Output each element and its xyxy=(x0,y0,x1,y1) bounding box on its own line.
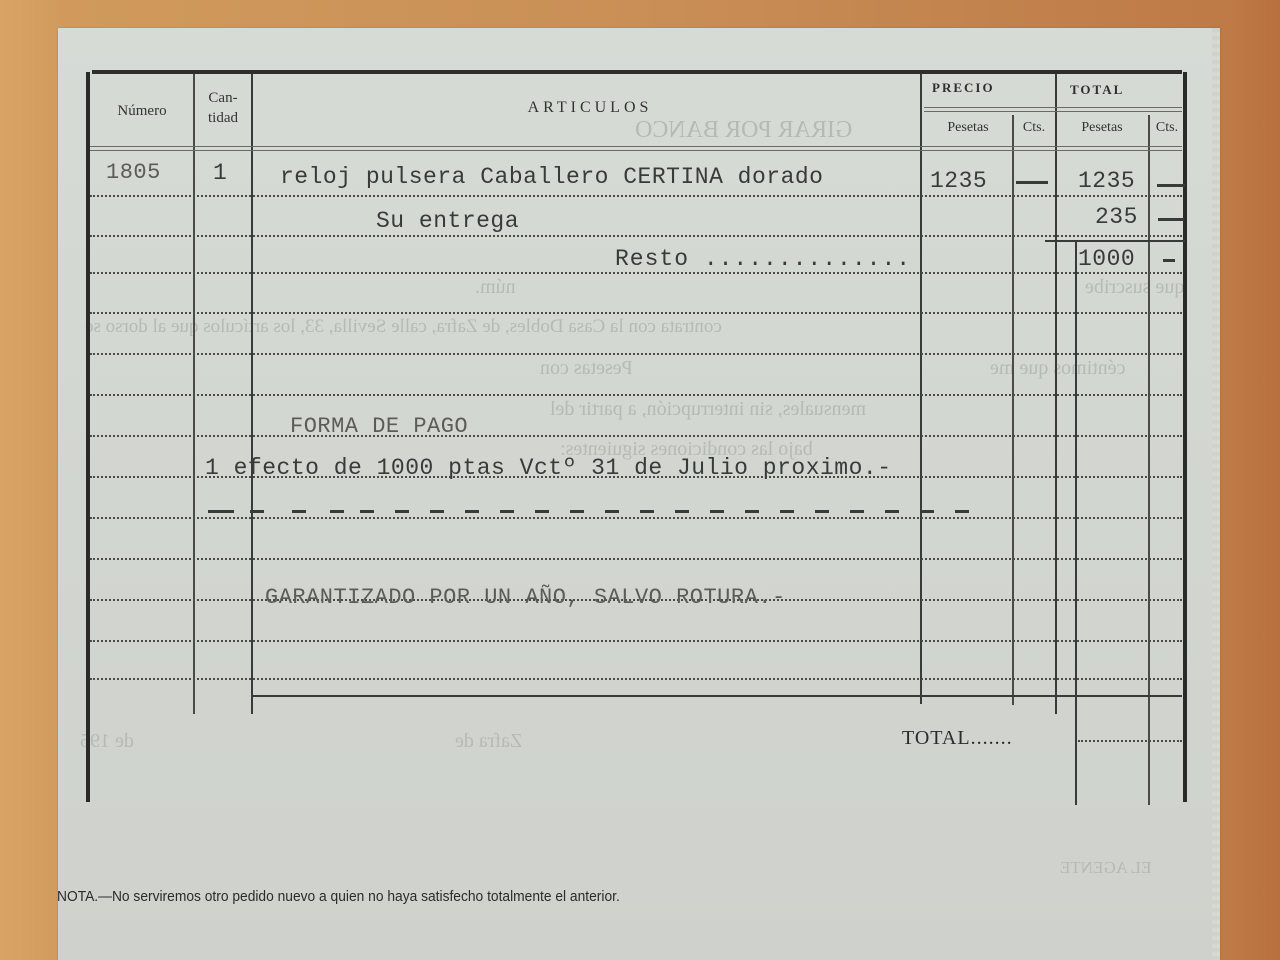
row-cantidad: 1 xyxy=(213,160,227,186)
header-cantidad-1: Can- xyxy=(196,89,250,107)
row-line xyxy=(90,640,1182,642)
row-precio-pesetas: 1235 xyxy=(930,168,987,194)
ghost-el-agente: EL AGENTE xyxy=(1060,858,1151,878)
row-line xyxy=(90,353,1182,355)
ghost-centimos: céntimos que me xyxy=(990,357,1126,380)
row-entrega-cts-dash xyxy=(1158,218,1184,221)
col-divider-total-cts xyxy=(1148,115,1150,805)
header-total: TOTAL xyxy=(1070,82,1124,98)
row-line xyxy=(90,195,1182,197)
guarantee-text: GARANTIZADO POR UN AÑO, SALVO ROTURA.- xyxy=(265,585,786,610)
row-line xyxy=(90,558,1182,560)
ghost-pesetas-con: Pesetas con xyxy=(540,357,633,380)
precio-total-subheader-line xyxy=(924,107,1182,112)
row-numero: 1805 xyxy=(106,160,161,185)
ghost-que-suscribe: que suscribe xyxy=(1085,276,1184,299)
row-line xyxy=(90,272,1182,274)
ghost-contrata: contrata con la Casa Dobles, de Zafra, c… xyxy=(85,316,722,338)
row-line xyxy=(90,517,1182,519)
subtotal-line xyxy=(1045,240,1185,242)
nota-footer: NOTA.—No serviremos otro pedido nuevo a … xyxy=(57,888,620,905)
row-resto-total: 1000 xyxy=(1078,246,1135,272)
header-precio-pesetas: Pesetas xyxy=(926,119,1010,137)
row-line xyxy=(90,235,1182,237)
header-total-cts: Cts. xyxy=(1150,119,1184,137)
row-total-pesetas: 1235 xyxy=(1078,168,1135,194)
row-line xyxy=(90,312,1182,314)
row-entrega-total: 235 xyxy=(1095,204,1138,230)
col-divider-total-left xyxy=(1075,240,1077,805)
table-left-border xyxy=(86,72,90,802)
table-right-border xyxy=(1183,72,1187,802)
ghost-girar: GIRAR POR BANCO xyxy=(635,117,852,144)
row-articulo: reloj pulsera Caballero CERTINA dorado xyxy=(280,164,824,190)
payment-title: FORMA DE PAGO xyxy=(290,414,468,439)
row-precio-cts-dash xyxy=(1016,181,1048,184)
payment-line: 1 efecto de 1000 ptas Vctº 31 de Julio p… xyxy=(205,455,892,481)
row-total-cts-dash xyxy=(1157,184,1185,187)
total-label: TOTAL....... xyxy=(902,727,1013,750)
ghost-mensuales: mensuales, sin interrupción, a partir de… xyxy=(550,398,866,421)
row-su-entrega: Su entrega xyxy=(376,208,519,234)
row-resto: Resto .............. xyxy=(615,246,911,272)
row-line xyxy=(90,394,1182,396)
header-total-pesetas: Pesetas xyxy=(1060,119,1144,137)
col-divider-precio-cts xyxy=(1012,115,1014,705)
table-top-border xyxy=(92,70,1182,74)
row-line xyxy=(90,435,1182,437)
col-divider-articulos xyxy=(920,74,922,704)
header-precio: PRECIO xyxy=(932,80,995,96)
total-row-line xyxy=(1078,740,1182,742)
header-cantidad-2: tidad xyxy=(196,109,250,127)
header-numero: Número xyxy=(96,102,188,120)
torn-edge xyxy=(1212,28,1220,960)
row-line xyxy=(90,678,1182,680)
header-precio-cts: Cts. xyxy=(1014,119,1054,137)
header-articulos: ARTICULOS xyxy=(500,99,680,117)
ghost-zafra: Zafra de xyxy=(455,730,522,753)
row-resto-cts-dash xyxy=(1163,259,1175,262)
ghost-num: núm. xyxy=(475,276,516,299)
table-bottom-line xyxy=(252,695,1182,697)
header-bottom-line xyxy=(90,146,1182,151)
